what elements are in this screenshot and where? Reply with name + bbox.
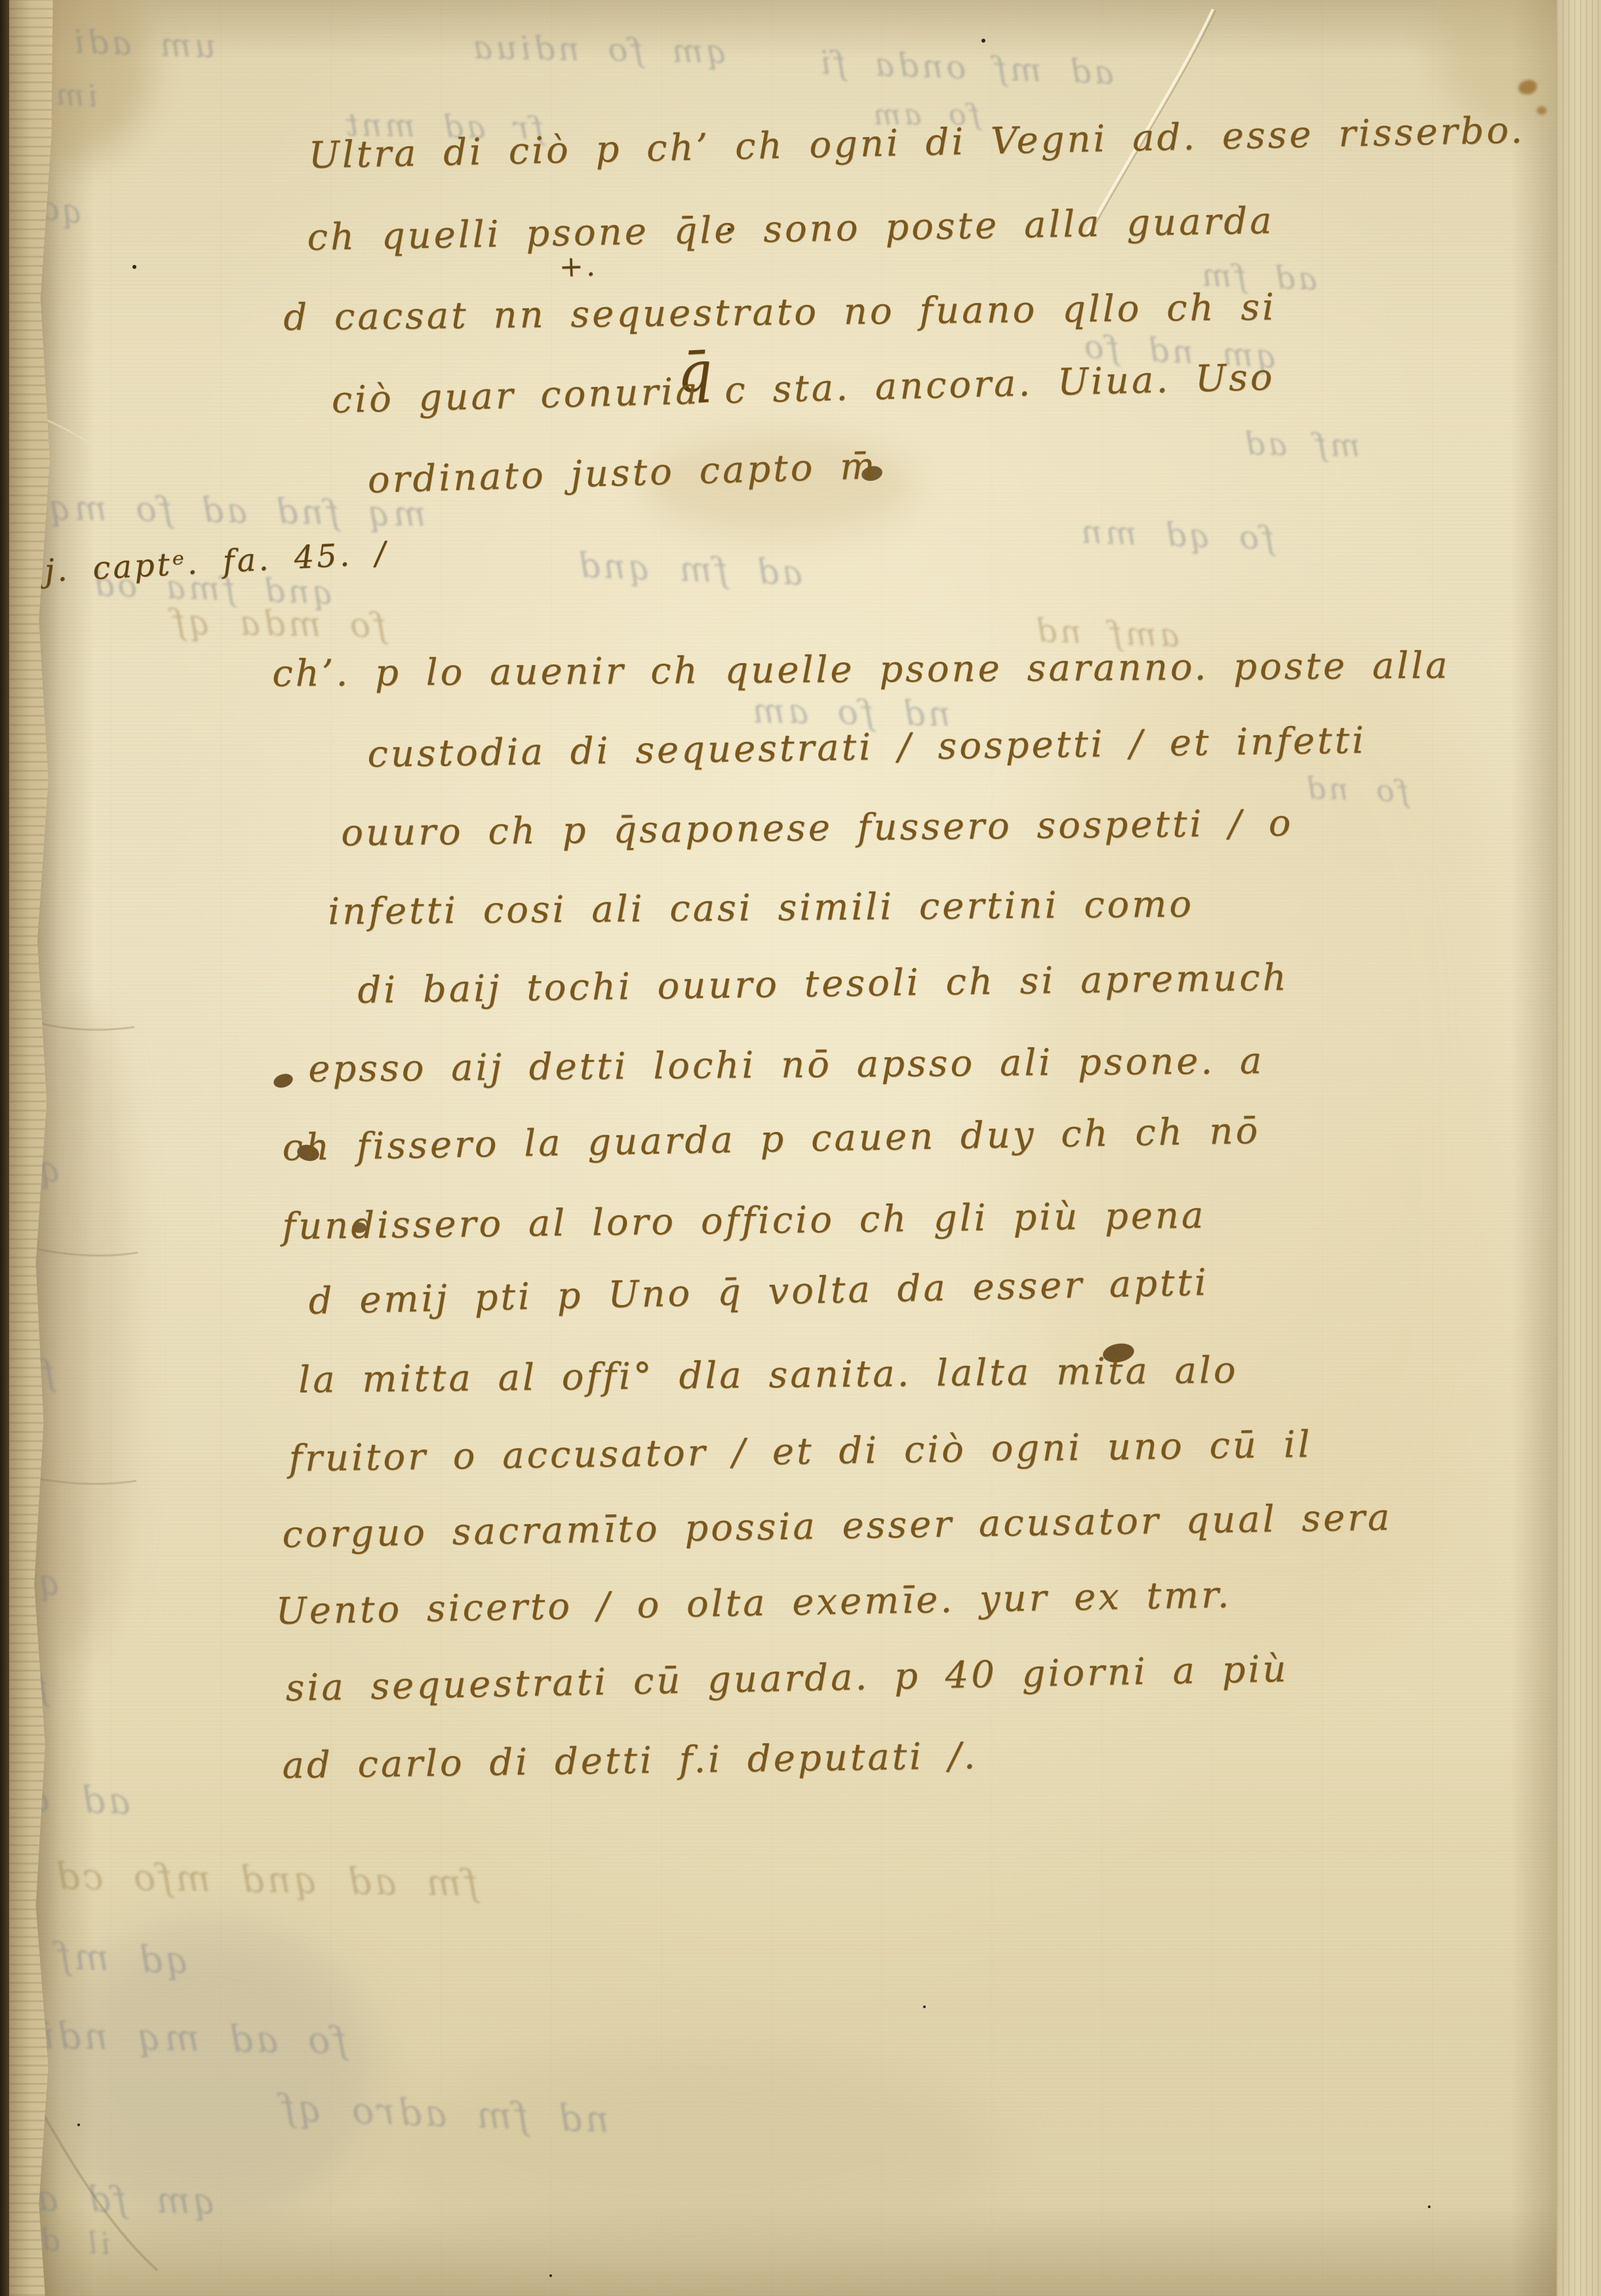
- speck: [923, 2005, 926, 2008]
- speck: [132, 265, 136, 269]
- ink-line: custodia di sequestrati / sospetti / et …: [367, 719, 1367, 776]
- ink-line: ch quelli psone q̄le sono poste alla gua…: [307, 199, 1275, 259]
- right-edge-shadow: [1511, 0, 1556, 2296]
- ghost-text-line: fo nd: [1303, 770, 1410, 809]
- ink-line: infetti cosi ali casi simili certini com…: [328, 883, 1194, 933]
- ink-line: d emij pti p Uno q̄ volta da esser aptti: [308, 1261, 1210, 1323]
- ink-line: ch fissero la guarda p cauen duy ch ch n…: [282, 1110, 1261, 1169]
- top-edge-shadow: [0, 0, 1556, 59]
- ghost-text-line: fo qd mn: [1077, 513, 1275, 557]
- manuscript-page: um adi fm conda qm fo ndiua ad mf onda f…: [0, 0, 1601, 2296]
- bottom-edge-shadow: [0, 2204, 1556, 2296]
- ghost-text-line: mf ad: [1241, 426, 1360, 464]
- ghost-text-line: fo ad mq ndim fr cmda: [0, 2010, 347, 2063]
- ink-line: fruitor o accusator / et di ciò ogni uno…: [288, 1423, 1313, 1480]
- ghost-text-line: nd fm adro qf: [278, 2087, 610, 2141]
- ink-line: ordinato justo capto m̄: [367, 445, 878, 502]
- ink-line: ouuro ch p q̄saponese fussero sospetti /…: [341, 802, 1294, 855]
- ink-line: Uento sicerto / o olta exemīe. yur ex tm…: [275, 1574, 1232, 1633]
- ink-line: sia sequestrati cū guarda. p 40 giorni a…: [285, 1648, 1289, 1710]
- ink-blot: [272, 1072, 295, 1090]
- ink-line: di baij tochi ouuro tesoli ch si apremuc…: [357, 956, 1289, 1012]
- ghost-text-line: ad fm qnd: [574, 546, 803, 594]
- ink-line: epsso aij detti lochi nō apsso ali psone…: [308, 1039, 1265, 1091]
- ghost-text-line: qm fo ndiua: [469, 28, 728, 71]
- ink-line: fundissero al loro officio ch gli più pe…: [282, 1194, 1206, 1248]
- ghost-text-line: fm ad qnd mfo cd en fo: [0, 1853, 479, 1905]
- ink-line: ch’. p lo auenir ch quelle psone saranno…: [272, 644, 1450, 695]
- paper-sheet: um adi fm conda qm fo ndiua ad mf onda f…: [0, 0, 1556, 2296]
- ink-line: ad carlo di detti f.i deputati /.: [282, 1735, 978, 1787]
- ink-line: ciò guar conuria c sta. ancora. Uiua. Us…: [331, 356, 1275, 422]
- ink-line: la mitta al offi° dla sanita. lalta mita…: [298, 1349, 1238, 1401]
- ink-line: corguo sacramīto possia esser acusator q…: [282, 1496, 1393, 1556]
